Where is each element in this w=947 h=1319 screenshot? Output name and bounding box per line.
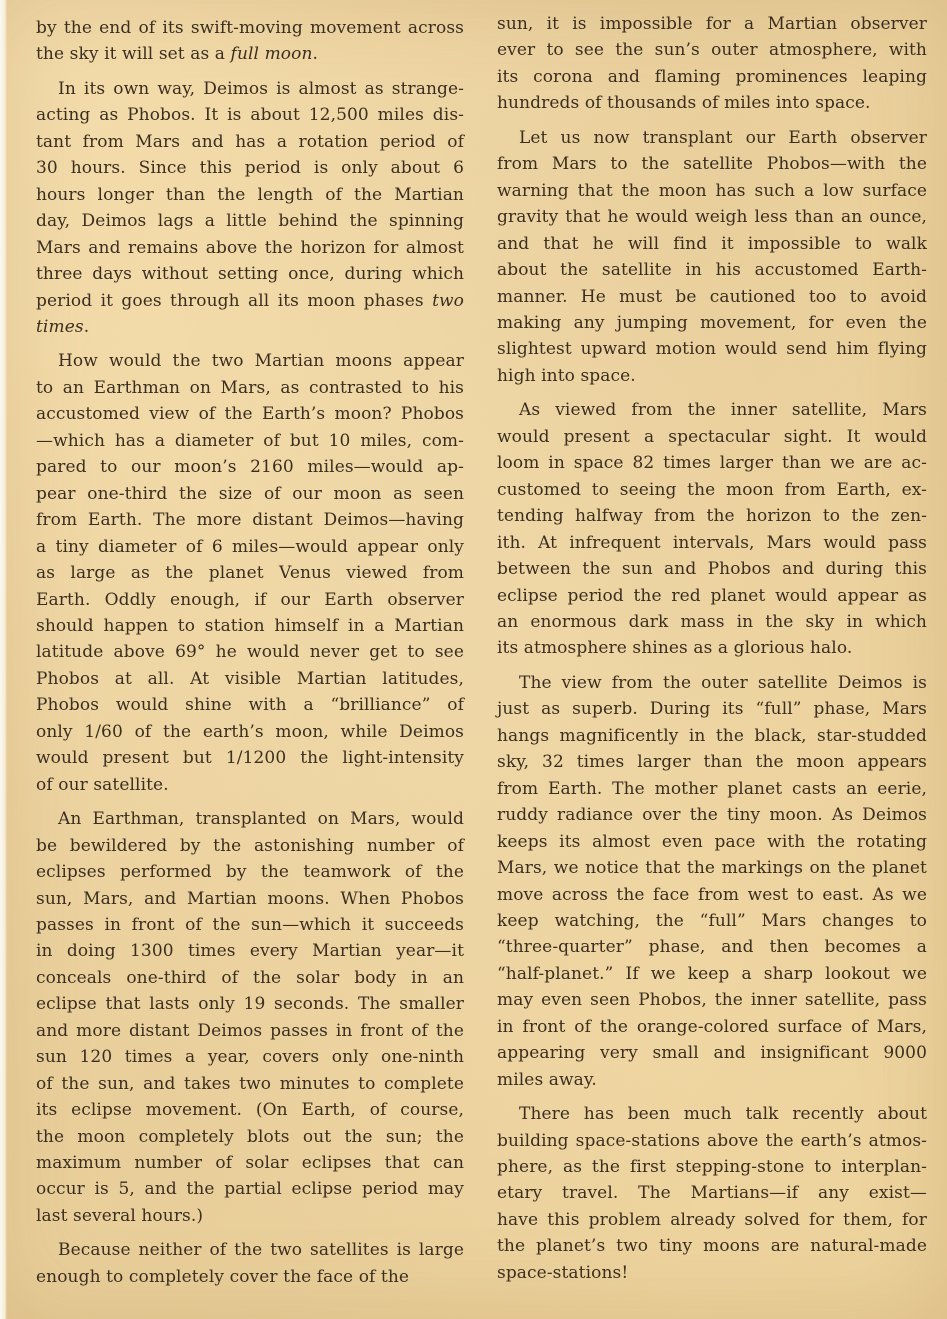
text-line: in front of the orange-colored surface o… — [497, 1014, 927, 1040]
text-line: gravity that he would weigh less than an… — [497, 204, 927, 230]
paragraph: Because neither of the two satellites is… — [36, 1237, 464, 1290]
text-line: In its own way, Deimos is almost as stra… — [36, 76, 464, 102]
text-line: phere, as the first stepping-stone to in… — [497, 1154, 927, 1180]
text-line: enough to completely cover the face of t… — [36, 1264, 464, 1290]
text-line: in doing 1300 times every Martian year—i… — [36, 938, 464, 964]
text-line: customed to seeing the moon from Earth, … — [497, 477, 927, 503]
text-line: loom in space 82 times larger than we ar… — [497, 450, 927, 476]
text-line: its corona and flaming prominences leapi… — [497, 64, 927, 90]
text-line: hundreds of thousands of miles into spac… — [497, 90, 927, 116]
text-line: “three-quarter” phase, and then becomes … — [497, 934, 927, 960]
text-line: should happen to station himself in a Ma… — [36, 613, 464, 639]
text-line: tending halfway from the horizon to the … — [497, 503, 927, 529]
page-scan: by the end of its swift-moving movement … — [0, 0, 947, 1319]
text-line: from Earth. The mother planet casts an e… — [497, 776, 927, 802]
text-line: ever to see the sun’s outer atmosphere, … — [497, 37, 927, 63]
text-line: —which has a diameter of but 10 miles, c… — [36, 428, 464, 454]
text-line: Because neither of the two satellites is… — [36, 1237, 464, 1263]
text-line: sun, it is impossible for a Martian obse… — [497, 11, 927, 37]
text-line: miles away. — [497, 1067, 927, 1093]
text-line: eclipses performed by the teamwork of th… — [36, 859, 464, 885]
paragraph: How would the two Martian moons appearto… — [36, 348, 464, 798]
text-line: ruddy radiance over the tiny moon. As De… — [497, 802, 927, 828]
paragraph: sun, it is impossible for a Martian obse… — [497, 11, 927, 117]
text-line: The view from the outer satellite Deimos… — [497, 670, 927, 696]
text-line: hangs magnificently in the black, star-s… — [497, 723, 927, 749]
text-line: building space-stations above the earth’… — [497, 1128, 927, 1154]
text-line: ith. At infrequent intervals, Mars would… — [497, 530, 927, 556]
text-line: Mars, we notice that the markings on the… — [497, 855, 927, 881]
text-line: move across the face from west to east. … — [497, 882, 927, 908]
text-line: accustomed view of the Earth’s moon? Pho… — [36, 401, 464, 427]
text-line: pared to our moon’s 2160 miles—would ap- — [36, 454, 464, 480]
text-line: by the end of its swift-moving movement … — [36, 15, 464, 41]
text-line: maximum number of solar eclipses that ca… — [36, 1150, 464, 1176]
text-line: keeps its almost even pace with the rota… — [497, 829, 927, 855]
text-line: 30 hours. Since this period is only abou… — [36, 155, 464, 181]
text-line: day, Deimos lags a little behind the spi… — [36, 208, 464, 234]
text-line: may even seen Phobos, the inner satellit… — [497, 987, 927, 1013]
text-line: sun 120 times a year, covers only one-ni… — [36, 1044, 464, 1070]
text-line: making any jumping movement, for even th… — [497, 310, 927, 336]
text-line: just as superb. During its “full” phase,… — [497, 696, 927, 722]
text-line: three days without setting once, during … — [36, 261, 464, 287]
text-line: occur is 5, and the partial eclipse peri… — [36, 1176, 464, 1202]
text-line: “half-planet.” If we keep a sharp lookou… — [497, 961, 927, 987]
text-line: the moon completely blots out the sun; t… — [36, 1124, 464, 1150]
text-line: between the sun and Phobos and during th… — [497, 556, 927, 582]
text-line: hours longer than the length of the Mart… — [36, 182, 464, 208]
text-line: last several hours.) — [36, 1203, 464, 1229]
text-line: space-stations! — [497, 1260, 927, 1286]
paragraph: by the end of its swift-moving movement … — [36, 15, 464, 68]
text-line: sky, 32 times larger than the moon appea… — [497, 749, 927, 775]
text-line: Phobos would shine with a “brilliance” o… — [36, 692, 464, 718]
text-line: and more distant Deimos passes in front … — [36, 1018, 464, 1044]
left-column: by the end of its swift-moving movement … — [36, 15, 464, 1298]
paragraph: As viewed from the inner satellite, Mars… — [497, 397, 927, 662]
text-line: a tiny diameter of 6 miles—would appear … — [36, 534, 464, 560]
text-line: an enormous dark mass in the sky in whic… — [497, 609, 927, 635]
text-line: eclipse that lasts only 19 seconds. The … — [36, 991, 464, 1017]
text-line: only 1/60 of the earth’s moon, while Dei… — [36, 719, 464, 745]
text-line: Let us now transplant our Earth observer — [497, 125, 927, 151]
text-line: the sky it will set as a full moon. — [36, 41, 464, 67]
text-line: conceals one-third of the solar body in … — [36, 965, 464, 991]
text-line: have this problem already solved for the… — [497, 1207, 927, 1233]
text-line: sun, Mars, and Martian moons. When Phobo… — [36, 886, 464, 912]
text-line: and that he will find it impossible to w… — [497, 231, 927, 257]
text-line: tant from Mars and has a rotation period… — [36, 129, 464, 155]
paragraph: In its own way, Deimos is almost as stra… — [36, 76, 464, 341]
text-line: An Earthman, transplanted on Mars, would — [36, 806, 464, 832]
text-line: would present but 1/1200 the light-inten… — [36, 745, 464, 771]
text-line: warning that the moon has such a low sur… — [497, 178, 927, 204]
right-column: sun, it is impossible for a Martian obse… — [497, 11, 927, 1294]
text-line: to an Earthman on Mars, as contrasted to… — [36, 375, 464, 401]
text-line: as large as the planet Venus viewed from — [36, 560, 464, 586]
text-line: the planet’s two tiny moons are natural-… — [497, 1233, 927, 1259]
text-line: manner. He must be cautioned too to avoi… — [497, 284, 927, 310]
text-line: keep watching, the “full” Mars changes t… — [497, 908, 927, 934]
paragraph: Let us now transplant our Earth observer… — [497, 125, 927, 390]
text-line: high into space. — [497, 363, 927, 389]
text-line: from Mars to the satellite Phobos—with t… — [497, 151, 927, 177]
text-line: pear one-third the size of our moon as s… — [36, 481, 464, 507]
text-line: passes in front of the sun—which it succ… — [36, 912, 464, 938]
text-line: about the satellite in his accustomed Ea… — [497, 257, 927, 283]
text-line: As viewed from the inner satellite, Mars — [497, 397, 927, 423]
text-line: its atmosphere shines as a glorious halo… — [497, 635, 927, 661]
text-line: be bewildered by the astonishing number … — [36, 833, 464, 859]
text-line: Mars and remains above the horizon for a… — [36, 235, 464, 261]
text-line: slightest upward motion would send him f… — [497, 336, 927, 362]
text-line: period it goes through all its moon phas… — [36, 288, 464, 314]
text-line: from Earth. The more distant Deimos—havi… — [36, 507, 464, 533]
text-line: of our satellite. — [36, 772, 464, 798]
text-line: of the sun, and takes two minutes to com… — [36, 1071, 464, 1097]
text-line: acting as Phobos. It is about 12,500 mil… — [36, 102, 464, 128]
text-line: There has been much talk recently about — [497, 1101, 927, 1127]
text-line: etary travel. The Martians—if any exist— — [497, 1180, 927, 1206]
text-line: Earth. Oddly enough, if our Earth observ… — [36, 587, 464, 613]
paragraph: An Earthman, transplanted on Mars, would… — [36, 806, 464, 1229]
paragraph: The view from the outer satellite Deimos… — [497, 670, 927, 1093]
text-line: appearing very small and insignificant 9… — [497, 1040, 927, 1066]
text-line: times. — [36, 314, 464, 340]
scan-edge — [0, 0, 7, 1319]
text-line: latitude above 69° he would never get to… — [36, 639, 464, 665]
text-line: its eclipse movement. (On Earth, of cour… — [36, 1097, 464, 1123]
text-line: eclipse period the red planet would appe… — [497, 583, 927, 609]
text-line: Phobos at all. At visible Martian latitu… — [36, 666, 464, 692]
text-line: would present a spectacular sight. It wo… — [497, 424, 927, 450]
text-line: How would the two Martian moons appear — [36, 348, 464, 374]
paragraph: There has been much talk recently aboutb… — [497, 1101, 927, 1286]
